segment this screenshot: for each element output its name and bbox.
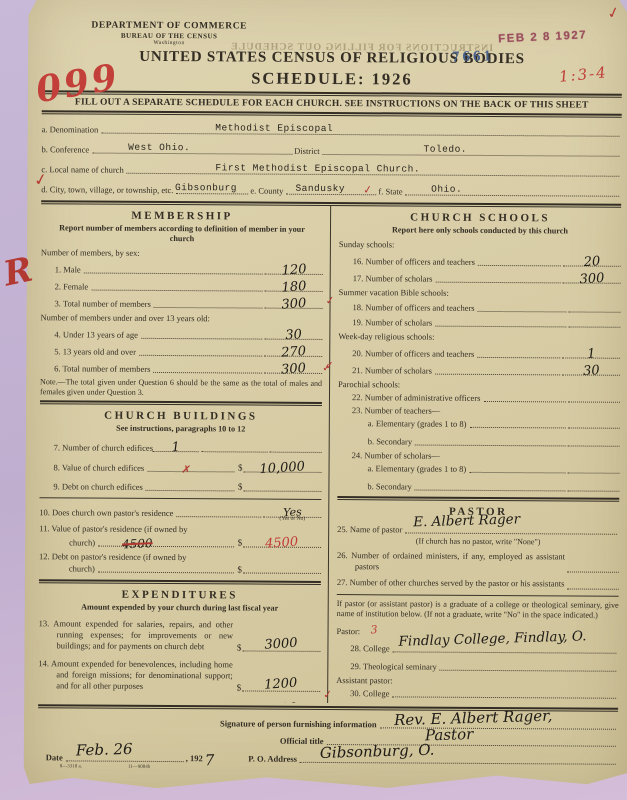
q17-scholars: 17. Number of scholars 300 (339, 271, 621, 285)
dollar-sign: $ (237, 643, 242, 653)
red-check-icon: ✓ (321, 362, 332, 376)
question-label: 2. Female (55, 281, 89, 291)
signature-row: Signature of person furnishing informati… (38, 717, 618, 732)
question-label: 7. Number of church edifices (54, 442, 153, 453)
q1-male: 1. Male 120 (41, 262, 323, 276)
q12-residence-debt-line1: 12. Debt on pastor's residence (if owned… (39, 551, 321, 563)
footer-section: Signature of person furnishing informati… (38, 717, 618, 774)
q27-other-churches: 27. Number of other churches served by t… (337, 578, 619, 591)
handwritten-value: 1 (172, 443, 181, 453)
answer-line (477, 357, 560, 359)
q6-total-members: 6. Total number of members 300✓ (40, 361, 322, 375)
serial-number-stamp: 7661 (452, 48, 494, 66)
question-label: 3. Total number of members (55, 298, 151, 309)
church-schools-subheading: Report here only schools conducted by th… (339, 225, 621, 237)
answer-line (415, 445, 566, 447)
po-address-label: P. O. Address (248, 754, 297, 764)
question-label: a. Elementary (grades 1 to 8) (368, 419, 467, 430)
identification-section: a. Denomination Methodist Episcopal b. C… (41, 125, 621, 209)
question-label: 9. Debt on church edifices (53, 481, 143, 492)
question-label: 13. Amount expended for salaries, repair… (38, 618, 235, 652)
q18-officers-teachers: 18. Number of officers and teachers (338, 302, 620, 314)
question-label: 29. Theological seminary (350, 661, 437, 672)
rule (337, 594, 619, 597)
answer-box: 4500 (243, 536, 321, 547)
question-label: 1. Male (55, 264, 81, 274)
instruction-banner: FILL OUT A SEPARATE SCHEDULE FOR EACH CH… (42, 98, 622, 112)
answer-line: Gibsonburg (176, 193, 248, 194)
handwritten-value: 30 (583, 366, 600, 377)
q8-value-edifices: 8. Value of church edifices ✗ $ 10,000 (40, 460, 322, 474)
question-label: 30. College (350, 688, 389, 698)
struck-value: 4500 (122, 536, 153, 552)
answer-box (568, 473, 620, 474)
handwritten-value: 300 (281, 299, 306, 310)
q23b-secondary: b. Secondary (338, 436, 620, 448)
field-label: f. State (378, 187, 402, 197)
q4-under-13: 4. Under 13 years of age 30 (40, 327, 322, 341)
official-title-label: Official title (280, 736, 324, 746)
q20-officers-teachers: 20. Number of officers and teachers 1 (338, 346, 620, 360)
group-label: Number of members under and over 13 year… (40, 312, 322, 324)
signature-line: Rev. E. Albert Rager, (380, 719, 616, 730)
handwritten-value: 20 (583, 257, 600, 268)
answer-line: Toledo. (323, 154, 620, 157)
rule (42, 111, 622, 119)
dollar-sign: $ (237, 564, 242, 575)
question-label: 26. Number of ordained ministers, if any… (337, 550, 567, 573)
answer-line: West Ohio. (92, 153, 292, 155)
field-value: Ohio. (431, 184, 462, 195)
field-label: b. Conference (41, 145, 89, 155)
answer-box: 300✓ (265, 298, 323, 309)
q24a-elementary: a. Elementary (grades 1 to 8) (338, 463, 620, 475)
field-value: West Ohio. (128, 142, 190, 154)
field-city-county-state: d. City, town, village, or township, etc… (41, 185, 621, 199)
answer-box: 30 (264, 329, 322, 340)
answer-line: First Methodist Episcopal Church. (127, 173, 620, 177)
handwritten-value: E. Albert Rager (413, 515, 520, 529)
assistant-sublabel: Assistant pastor: (336, 675, 618, 687)
q3-total-members: 3. Total number of members 300✓ (41, 296, 323, 310)
q7-number-edifices: 7. Number of church edifices 1 (40, 440, 322, 454)
answer-box: 270 (264, 346, 322, 357)
expenditures-subheading: Amount expended by your church during la… (39, 603, 321, 615)
answer-box (568, 402, 620, 403)
answer-line (483, 401, 566, 403)
question-label: 18. Number of officers and teachers (352, 302, 474, 313)
red-check-stamp-icon: ✓ (606, 3, 623, 24)
answer-line (141, 338, 262, 340)
red-check-icon: ✓ (362, 184, 373, 198)
answer-line (146, 489, 234, 491)
handwritten-value: 120 (281, 265, 306, 276)
question-label: 16. Number of officers and teachers (353, 256, 475, 267)
question-label: 4. Under 13 years of age (54, 329, 138, 340)
q30-college: 30. College (336, 688, 618, 700)
graduate-note: If pastor (or assistant pastor) is a gra… (337, 599, 619, 621)
dollar-sign: $ (238, 481, 243, 492)
question-label: 6. Total number of members (54, 363, 150, 374)
answer-line: Findlay College, Findlay, O. (393, 642, 617, 653)
red-check-icon: ✓ (322, 688, 333, 702)
question-label: 5. 13 years old and over (54, 346, 136, 357)
handwritten-value-red: 4500 (265, 537, 299, 549)
membership-heading: MEMBERSHIP (41, 210, 323, 224)
answer-box: 4200 (242, 703, 320, 705)
census-form-paper: INSTRUCTIONS FOR FILLING OUT SCHEDULE FE… (24, 0, 627, 800)
question-label: a. Elementary (grades 1 to 8) (368, 464, 467, 475)
question-label: 23. Number of teachers— (352, 405, 440, 416)
po-address-value: Gibsonburg, O. (320, 745, 435, 759)
rule (40, 400, 322, 406)
membership-note: Note.—The total given under Question 6 s… (40, 377, 322, 399)
answer-line (478, 265, 561, 267)
handwritten-value: 4200 (264, 704, 298, 705)
answer-line: Ohio. (405, 195, 619, 197)
field-value: Toledo. (424, 144, 467, 155)
q9-debt-edifices: 9. Debt on church edifices $ (39, 480, 321, 492)
question-label: 27. Number of other churches served by t… (337, 578, 567, 590)
dollar-sign: $ (238, 537, 243, 548)
answer-line (154, 307, 263, 309)
q13-running-expenses: 13. Amount expended for salaries, repair… (38, 618, 320, 653)
answer-box (243, 573, 321, 574)
answer-box (243, 490, 321, 491)
q11-residence-value-line2: church) 4500 $ 4500 (39, 535, 321, 549)
answer-line (139, 355, 262, 357)
question-label: 25. Name of pastor (337, 524, 402, 534)
answer-box: 120 (265, 264, 323, 275)
answer-box (567, 572, 619, 573)
membership-subheading: Report number of members according to de… (57, 224, 307, 245)
answer-line (435, 374, 560, 376)
sub-label: Pastor: (337, 626, 361, 636)
question-label: b. Secondary (368, 437, 412, 447)
question-label: 28. College (350, 643, 389, 653)
church-schools-heading: CHURCH SCHOOLS (339, 211, 621, 225)
dollar-sign: $ (237, 683, 242, 693)
question-label-cont: church) (39, 563, 95, 573)
dollar-sign: $ (238, 463, 243, 474)
answer-box: 3000 (242, 633, 320, 652)
rule (39, 580, 321, 586)
rule (39, 497, 321, 500)
answer-box: 10,000 (244, 461, 322, 472)
q25-pastor-name: 25. Name of pastor E. Albert Rager (337, 523, 619, 536)
handwritten-value: 3000 (265, 639, 299, 651)
handwritten-value: 1200 (264, 679, 298, 691)
yes-no-hint: (Yes or No) (263, 516, 321, 522)
expenditures-heading: EXPENDITURES (39, 589, 321, 603)
answer-line (435, 282, 560, 284)
answer-box (568, 428, 620, 429)
red-cross-icon: ✗ (181, 464, 192, 478)
question-label: 19. Number of scholars (352, 317, 432, 328)
field-label: a. Denomination (42, 125, 99, 135)
form-number-row: 8—3318 a. 11—9084b (60, 765, 618, 773)
answer-line (84, 273, 263, 275)
q14-benevolences: 14. Amount expended for benevolences, in… (38, 658, 320, 693)
department-line: DEPARTMENT OF COMMERCE (64, 20, 274, 32)
year-value: 7 (205, 755, 215, 766)
po-address-line: Gibsonburg, O. (300, 753, 616, 765)
question-label: 24. Number of scholars— (352, 450, 440, 461)
answer-box: 180 (265, 281, 323, 292)
handwritten-value: 10,000 (260, 462, 306, 475)
answer-line (91, 290, 262, 292)
q25-hint: (If church has no pastor, write "None") (337, 536, 619, 548)
answer-line (469, 427, 565, 429)
q11-residence-value-line1: 11. Value of pastor's residence (if owne… (39, 523, 321, 535)
official-title-value: Pastor (425, 729, 474, 741)
form-number-2: 11—9084b (128, 765, 150, 770)
question-label-cont: church) (39, 537, 95, 547)
answer-box: 1 (153, 441, 199, 452)
answer-box: 30 (562, 365, 620, 376)
red-count-annotation: 3 (370, 624, 378, 637)
answer-line: ✗ (147, 471, 234, 473)
answer-box (568, 327, 620, 328)
question-label: 22. Number of administrative officers (352, 392, 481, 403)
field-church-name: c. Local name of church First Methodist … (41, 165, 621, 179)
answer-box: 300✓ (264, 363, 322, 374)
field-value: First Methodist Episcopal Church. (215, 163, 420, 175)
q23-teachers: 23. Number of teachers— (338, 405, 620, 417)
answer-line (415, 490, 566, 492)
left-column: MEMBERSHIP Report number of members acco… (38, 205, 330, 704)
q10-own-residence: 10. Does church own pastor's residence Y… (39, 505, 321, 519)
question-label: 14. Amount expended for benevolences, in… (38, 658, 235, 692)
answer-box (569, 312, 621, 313)
right-column: CHURCH SCHOOLS Report here only schools … (327, 206, 621, 705)
field-value: Gibsonburg (175, 182, 237, 194)
answer-line (440, 670, 617, 672)
answer-line (478, 311, 567, 313)
q26-assistant-ministers: 26. Number of ordained ministers, if any… (337, 550, 619, 574)
answer-line: Sandusky✓ (286, 194, 376, 196)
rule (42, 91, 622, 99)
handwritten-value: Findlay College, Findlay, O. (399, 631, 587, 647)
answer-line (153, 372, 262, 374)
answer-line (176, 516, 261, 518)
field-label: e. County (250, 186, 283, 196)
field-label: District (294, 146, 320, 156)
q24b-secondary: b. Secondary (337, 481, 619, 493)
question-label: 10. Does church own pastor's residence (39, 507, 173, 518)
red-check-icon: ✓ (325, 295, 336, 309)
answer-box: 1 (562, 348, 620, 359)
question-label: 11. Value of pastor's residence (if owne… (39, 523, 187, 534)
q28-college: 28. College Findlay College, Findlay, O. (336, 642, 618, 655)
q23a-elementary: a. Elementary (grades 1 to 8) (338, 418, 620, 430)
date-line: Feb. 26 (66, 752, 184, 763)
question-label: 17. Number of scholars (353, 273, 433, 284)
form-schedule-title: SCHEDULE: 1926 (42, 68, 622, 92)
question-label: 12. Debt on pastor's residence (if owned… (39, 551, 186, 562)
field-conference: b. Conference West Ohio. District Toledo… (41, 145, 621, 159)
q29-seminary: 29. Theological seminary (336, 661, 618, 673)
group-label: Week-day religious schools: (338, 331, 620, 343)
question-label: 20. Number of officers and teachers (352, 348, 474, 359)
answer-box (567, 491, 619, 492)
date-received-stamp: FEB 2 8 1927 (498, 29, 587, 45)
answer-line (435, 326, 566, 328)
field-label: d. City, town, village, or township, etc… (41, 185, 173, 196)
question-label: b. Secondary (367, 482, 411, 492)
handwritten-value: 300 (280, 364, 305, 375)
church-buildings-subheading: See instructions, paragraphs 10 to 12 (40, 423, 322, 435)
q2-female: 2. Female 180 (41, 279, 323, 293)
answer-line (392, 696, 616, 698)
date-value: Feb. 26 (76, 744, 133, 756)
handwritten-value: 180 (281, 282, 306, 293)
group-label: Number of members, by sex: (41, 247, 323, 259)
handwritten-value: 270 (281, 347, 306, 358)
answer-line: Methodist Episcopal (101, 133, 619, 137)
year-prefix: , 192 (186, 753, 203, 763)
date-label: Date (46, 753, 63, 763)
field-value: Sandusky (295, 183, 345, 195)
answer-box: Yes(Yes or No) (263, 506, 321, 517)
signature-label: Signature of person furnishing informati… (220, 719, 377, 730)
field-denomination: a. Denomination Methodist Episcopal (42, 125, 622, 139)
answer-line (202, 451, 268, 452)
q22-admin-officers: 22. Number of administrative officers (338, 392, 620, 404)
answer-box (567, 588, 619, 589)
q21-scholars: ✓ 21. Number of scholars 30 (338, 363, 620, 377)
answer-line: 4500 (98, 545, 234, 547)
answer-line: E. Albert Rager (405, 524, 617, 535)
answer-box (568, 446, 620, 447)
signature-value: Rev. E. Albert Rager, (394, 711, 553, 726)
q5-13-and-over: 5. 13 years old and over 270 (40, 344, 322, 358)
date-po-row: Date Feb. 26 , 192 7 P. O. Address Gibso… (38, 752, 618, 767)
question-label: 21. Number of scholars (352, 365, 432, 376)
group-label: Sunday schools: (339, 239, 621, 251)
q24-scholars: 24. Number of scholars— (338, 450, 620, 462)
question-label: 8. Value of church edifices (54, 462, 145, 473)
handwritten-value: 1 (587, 350, 596, 360)
handwritten-value: 300 (579, 274, 604, 285)
answer-box: 1200✓ (242, 673, 320, 692)
handwritten-value: 30 (285, 330, 302, 341)
q16-officers-teachers: 16. Number of officers and teachers 20 (339, 254, 621, 268)
q19-scholars: 19. Number of scholars (338, 317, 620, 329)
answer-line (469, 472, 565, 474)
q12-residence-debt-line2: church) $ (39, 563, 321, 575)
answer-box (270, 452, 322, 453)
group-label: Parochial schools: (338, 379, 620, 391)
church-buildings-heading: CHURCH BUILDINGS (40, 409, 322, 423)
group-label: Summer vacation Bible schools: (339, 287, 621, 299)
rule (337, 496, 619, 502)
field-value: Methodist Episcopal (215, 123, 333, 135)
answer-box: 300 (563, 273, 621, 284)
form-number-1: 8—3318 a. (60, 765, 82, 770)
answer-box: 20 (563, 256, 621, 267)
field-label: c. Local name of church (41, 165, 123, 176)
answer-line (98, 572, 234, 574)
